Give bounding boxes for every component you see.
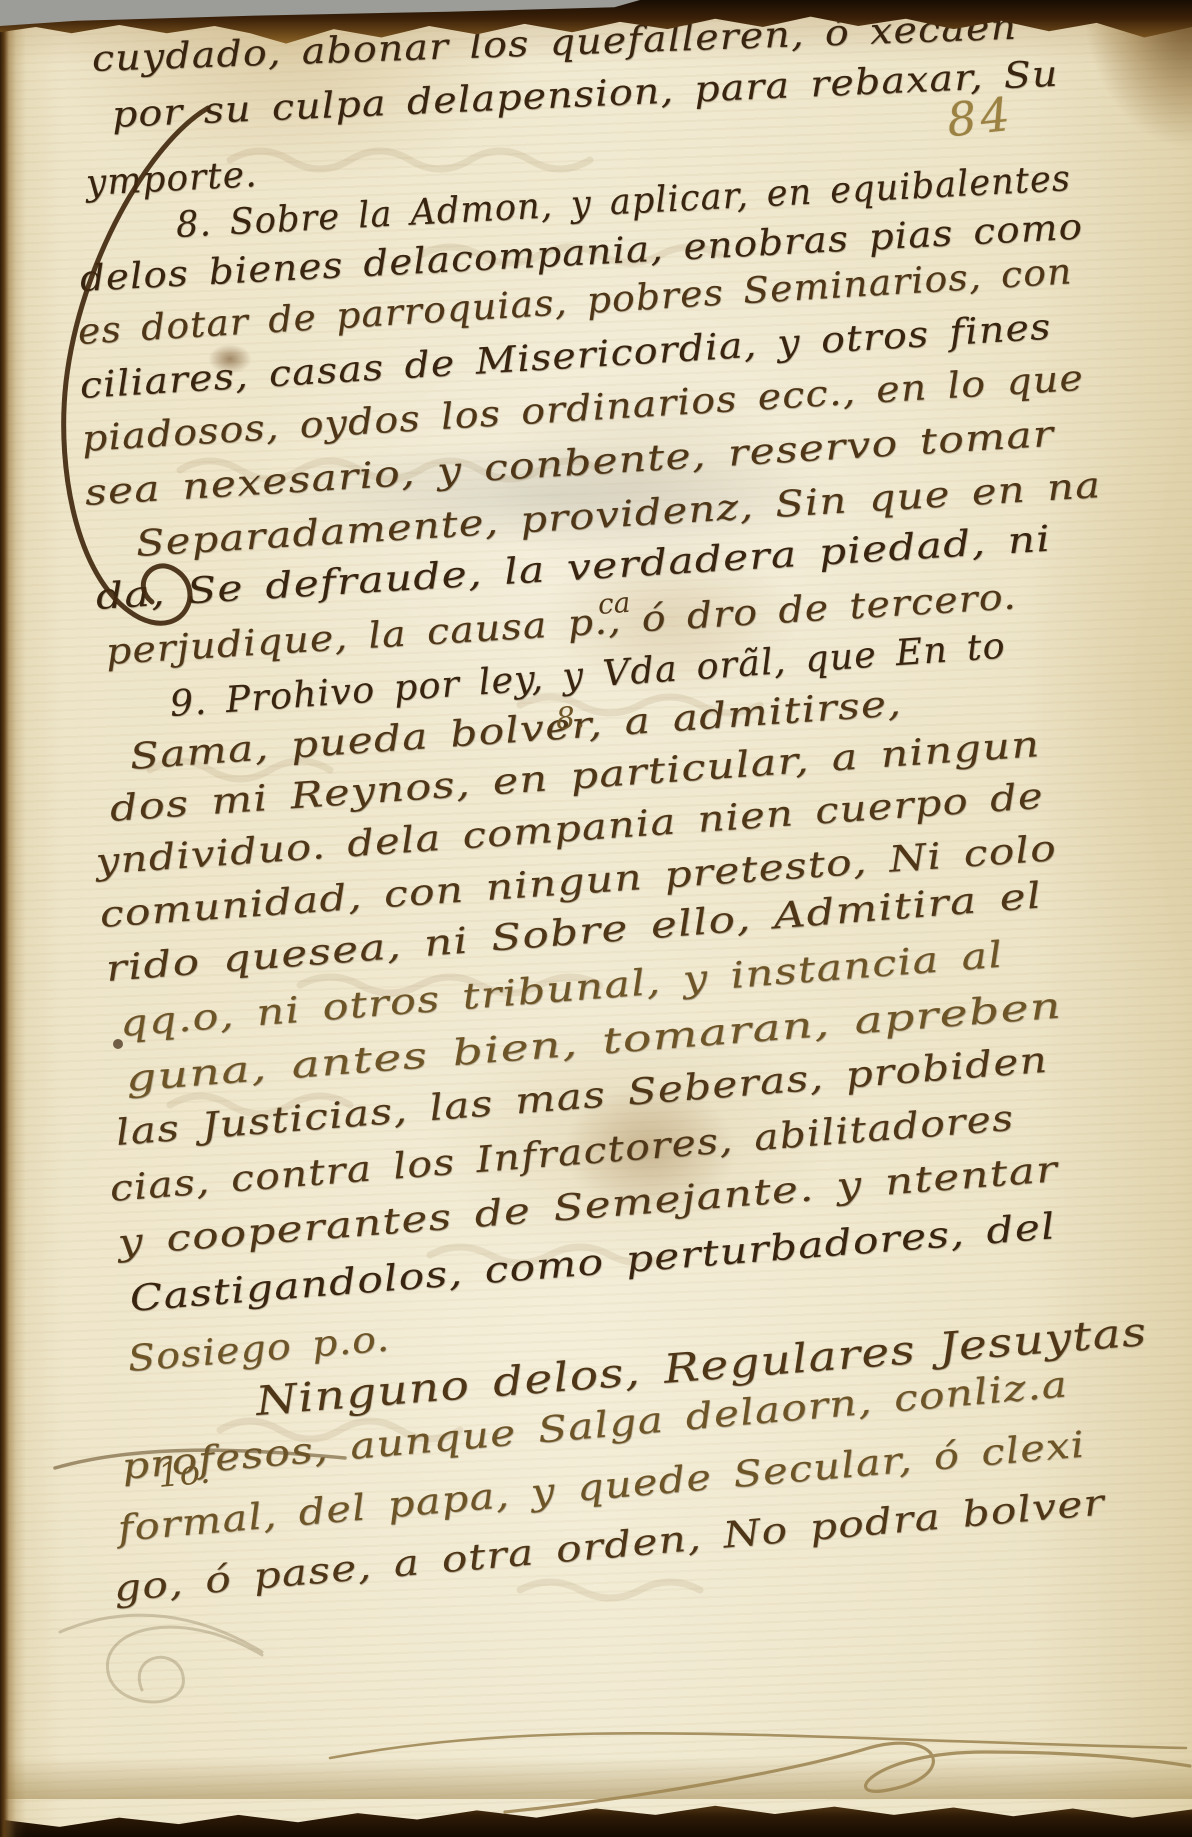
manuscript-line: ymporte. xyxy=(85,157,258,202)
interlinear-insertion-eight: 8. xyxy=(555,700,586,737)
interlinear-insertion-ca: ca xyxy=(597,586,632,621)
bottom-edge-shadow xyxy=(0,1757,1192,1799)
left-binding-edge xyxy=(0,0,26,1837)
section-ten-mark: 1o. xyxy=(156,1452,212,1496)
manuscript-scan: 84 cuydado, abonar los quefalleren, ó xe… xyxy=(0,0,1192,1837)
